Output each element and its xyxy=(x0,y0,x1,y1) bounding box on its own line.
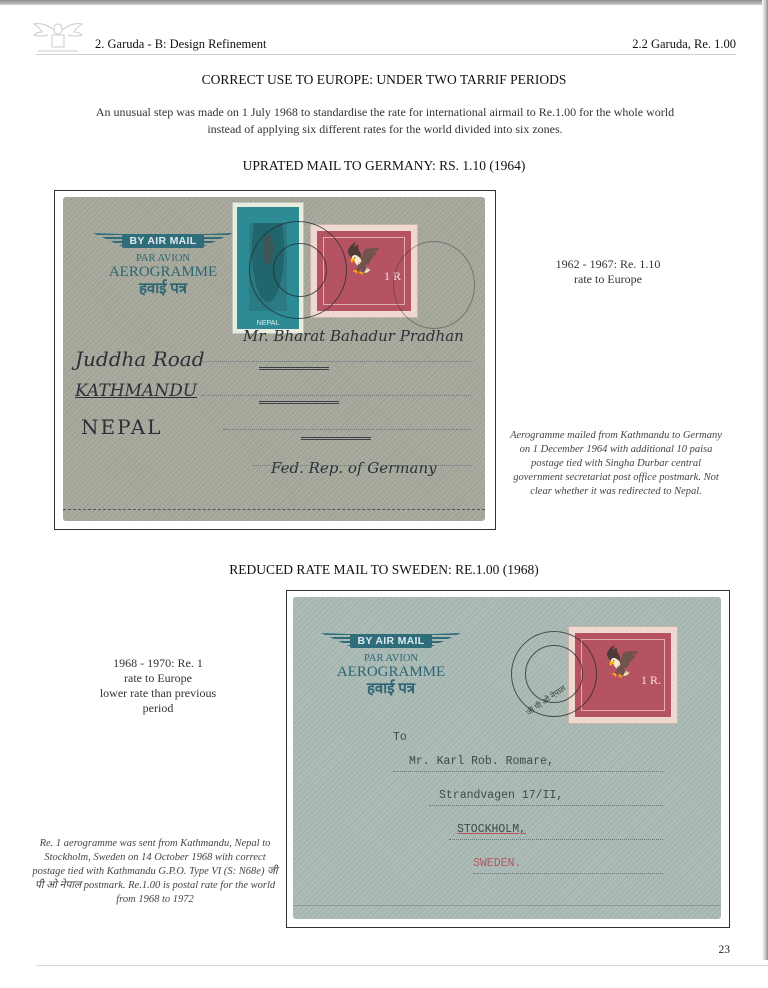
address-line xyxy=(449,839,663,840)
addressee-line-2: Strandvagen 17/II, xyxy=(439,789,563,802)
exhibit-frame-germany: BY AIR MAIL PAR AVION AEROGRAMME हवाई पत… xyxy=(54,190,496,530)
address-line xyxy=(201,361,471,362)
address-line xyxy=(201,395,471,396)
address-line xyxy=(223,429,471,430)
rate-note-germany: 1962 - 1967: Re. 1.10 rate to Europe xyxy=(508,257,708,287)
addressee-country: Fed. Rep. of Germany xyxy=(271,459,437,477)
addressee-line-4: SWEDEN. xyxy=(473,857,521,870)
section-heading-sweden: REDUCED RATE MAIL TO SWEDEN: RE.1.00 (19… xyxy=(0,562,768,578)
par-avion-label: PAR AVION xyxy=(93,253,233,264)
page-title: CORRECT USE TO EUROPE: UNDER TWO TARRIF … xyxy=(0,72,768,88)
addressee-line-1: Mr. Bharat Bahadur Pradhan xyxy=(243,327,464,345)
aerogramme-germany: BY AIR MAIL PAR AVION AEROGRAMME हवाई पत… xyxy=(63,197,485,521)
page-bottom-edge xyxy=(36,965,768,966)
header-divider xyxy=(36,54,736,55)
garuda-emblem-icon xyxy=(32,18,84,54)
struck-out-line-1 xyxy=(259,357,329,370)
section-heading-germany: UPRATED MAIL TO GERMANY: RS. 1.10 (1964) xyxy=(0,158,768,174)
description-sweden: Re. 1 aerogramme was sent from Kathmandu… xyxy=(32,837,278,907)
addressee-line-3: STOCKHOLM, xyxy=(457,823,526,836)
address-line xyxy=(429,805,663,806)
scan-top-edge xyxy=(0,0,768,5)
hindi-label: हवाई पत्र xyxy=(93,280,233,298)
stamp-value: 1 R. xyxy=(641,673,661,688)
par-avion-label: PAR AVION xyxy=(321,653,461,664)
air-mail-wings-icon: BY AIR MAIL xyxy=(321,631,461,649)
sender-line-3: NEPAL xyxy=(81,415,162,439)
garuda-icon: 🦅 xyxy=(604,648,641,678)
fold-line xyxy=(293,905,721,906)
address-line xyxy=(393,771,663,772)
postmark-inner-ring xyxy=(273,243,327,297)
exhibit-frame-sweden: BY AIR MAIL PAR AVION AEROGRAMME हवाई पत… xyxy=(286,590,730,928)
airmail-logo: BY AIR MAIL PAR AVION AEROGRAMME हवाई पत… xyxy=(321,631,461,698)
aerogramme-sweden: BY AIR MAIL PAR AVION AEROGRAMME हवाई पत… xyxy=(293,597,721,919)
section-title-right: 2.2 Garuda, Re. 1.00 xyxy=(632,37,736,52)
postmark-second-ring xyxy=(393,241,475,329)
addressee-line-1: Mr. Karl Rob. Romare, xyxy=(409,755,554,768)
rate-note-sweden: 1968 - 1970: Re. 1 rate to Europe lower … xyxy=(58,656,258,716)
fold-line xyxy=(63,509,485,510)
aerogramme-label: AEROGRAMME xyxy=(321,664,461,680)
sender-line-1: Juddha Road xyxy=(75,347,205,371)
garuda-icon: 🦅 xyxy=(345,245,382,275)
stamp-country: NEPAL xyxy=(237,320,299,327)
aerogramme-label: AEROGRAMME xyxy=(93,264,233,280)
intro-paragraph: An unusual step was made on 1 July 1968 … xyxy=(80,104,690,138)
page-number: 23 xyxy=(719,944,731,956)
scan-right-edge xyxy=(762,0,768,960)
description-germany: Aerogramme mailed from Kathmandu to Germ… xyxy=(506,429,726,499)
to-label: To xyxy=(393,731,407,744)
struck-out-line-2 xyxy=(259,391,339,404)
address-line xyxy=(253,465,471,466)
hindi-label: हवाई पत्र xyxy=(321,680,461,698)
airmail-logo: BY AIR MAIL PAR AVION AEROGRAMME हवाई पत… xyxy=(93,231,233,298)
address-line xyxy=(473,873,663,874)
sender-line-2: KATHMANDU xyxy=(75,381,197,401)
air-mail-wings-icon: BY AIR MAIL xyxy=(93,231,233,249)
section-title-left: 2. Garuda - B: Design Refinement xyxy=(95,37,266,52)
